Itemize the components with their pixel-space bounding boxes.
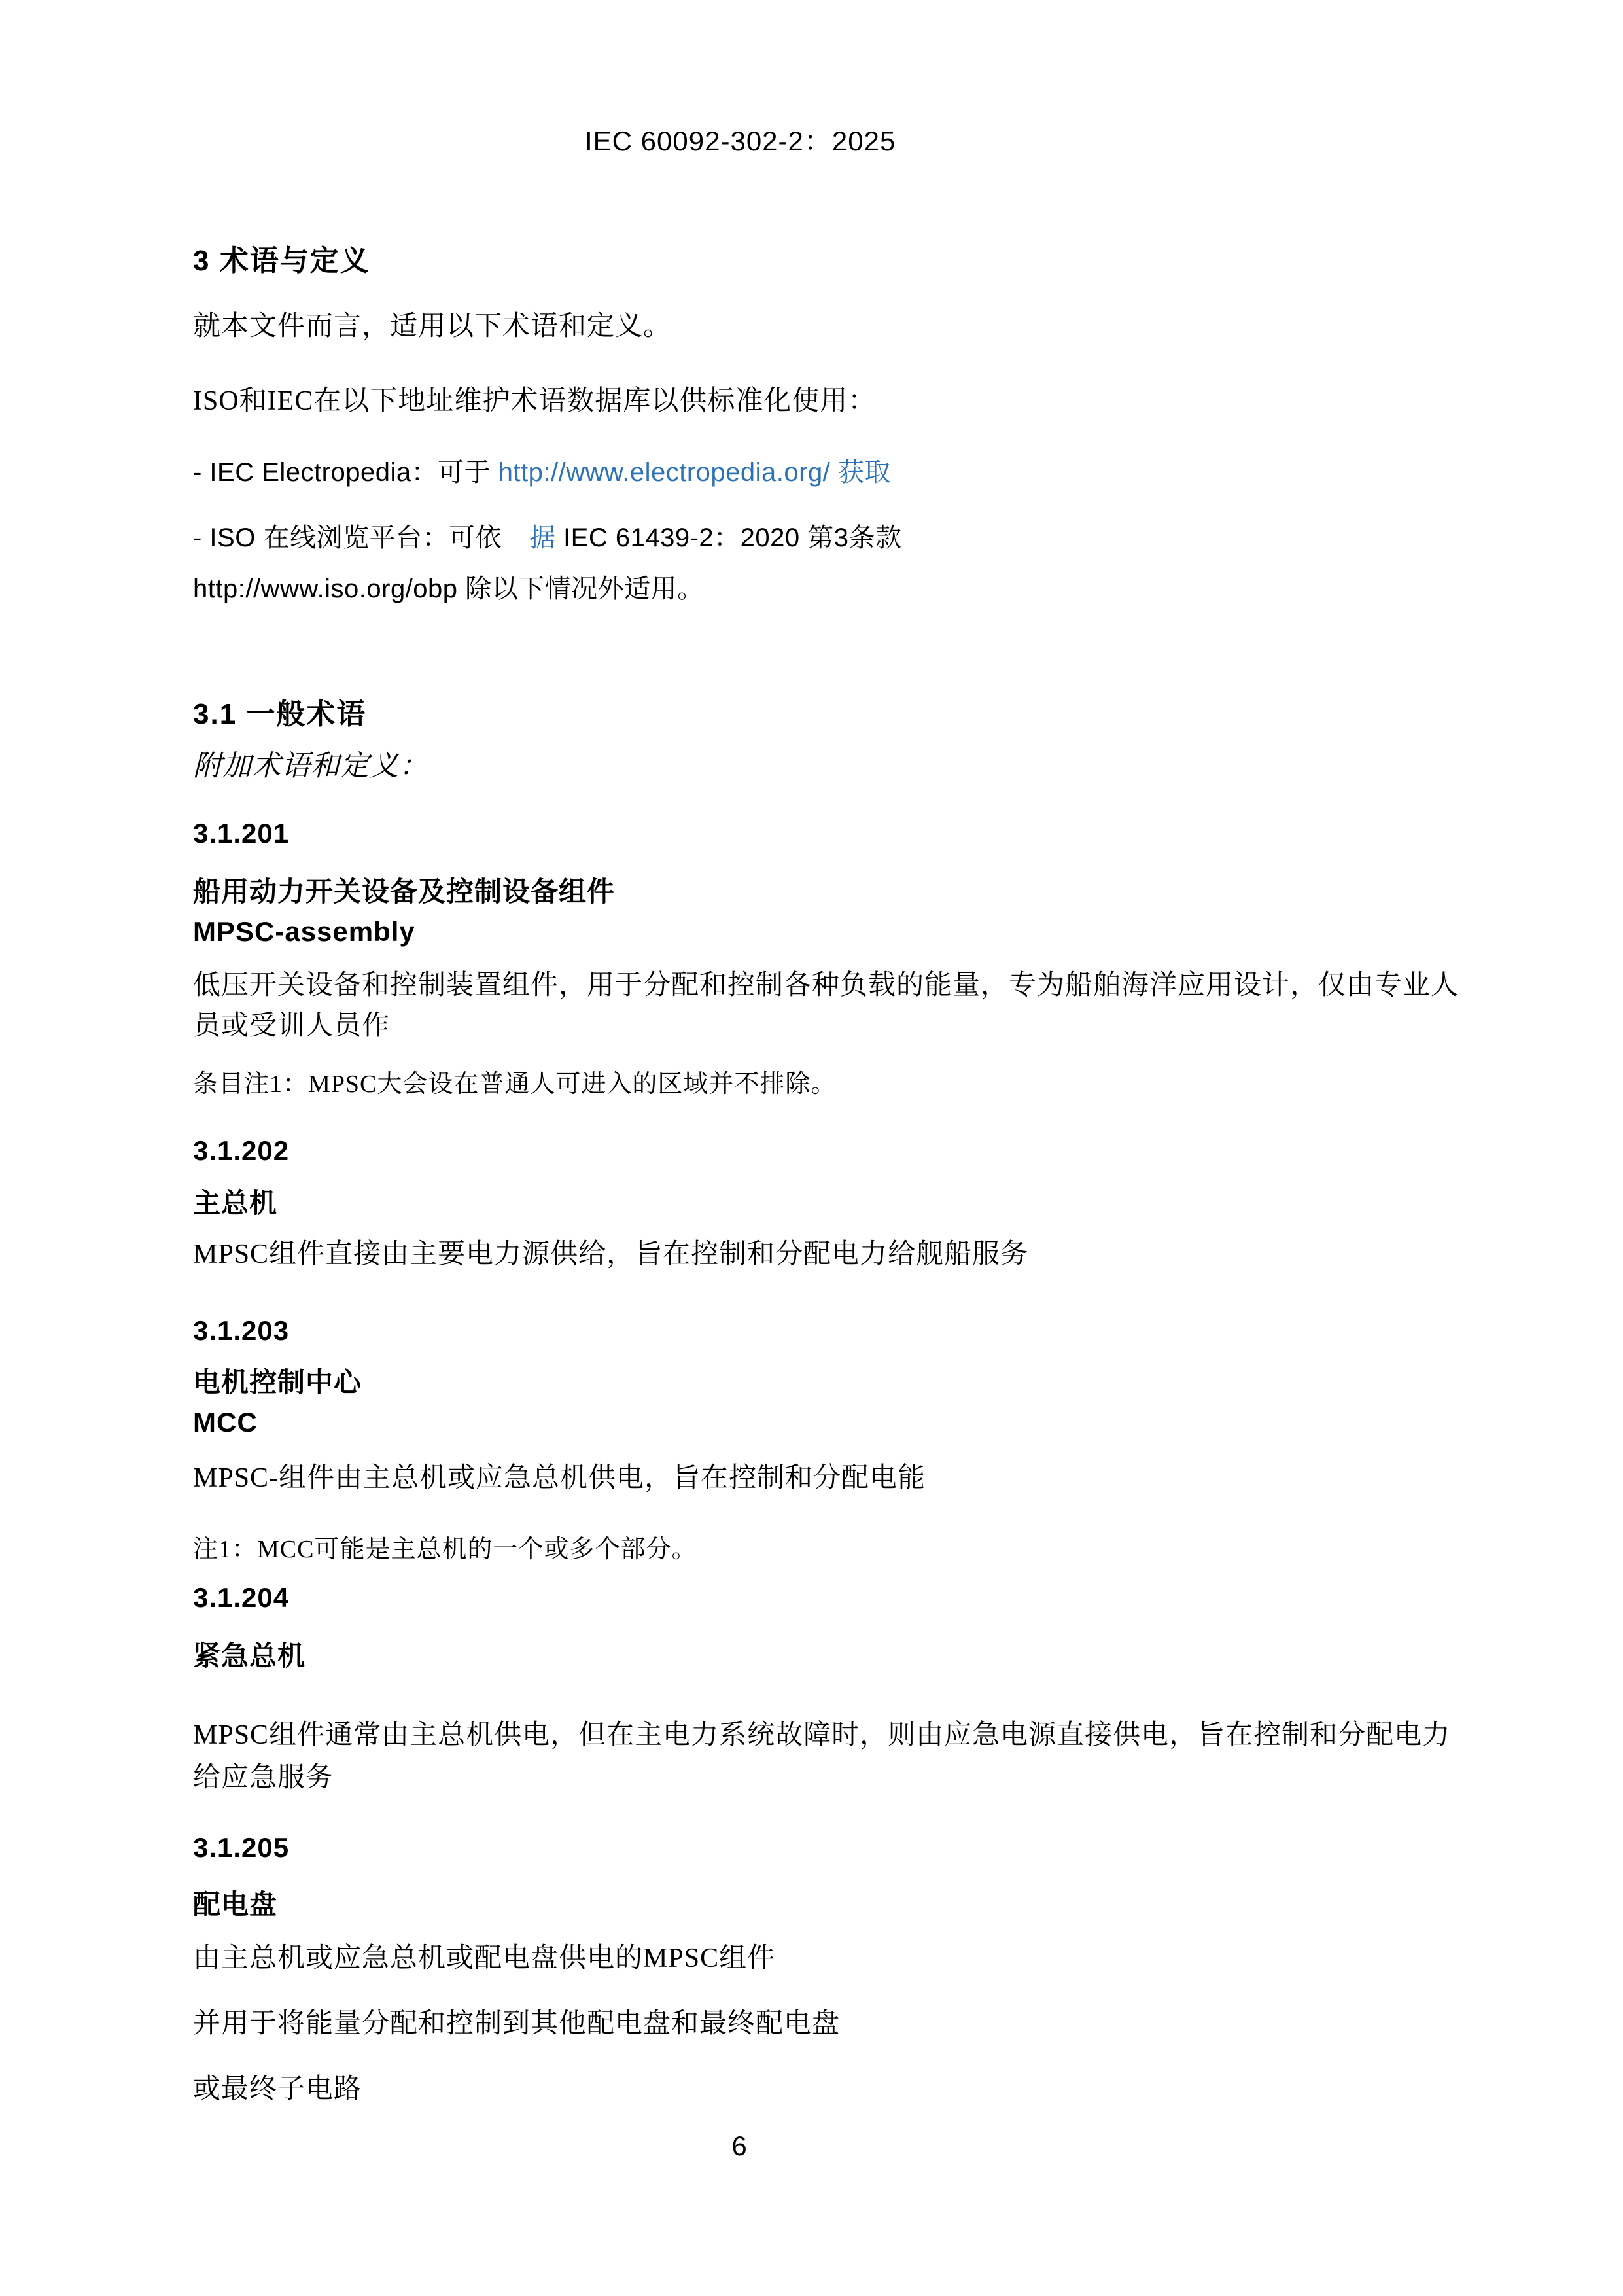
term-205-name-zh: 配电盘 [193,1883,277,1922]
electropedia-prefix: - IEC Electropedia：可于 [193,458,498,487]
document-page: IEC 60092-302-2：2025 3 术语与定义 就本文件而言，适用以下… [0,0,1623,2296]
term-201-name-zh: 船用动力开关设备及控制设备组件 [193,870,615,910]
term-203-name-en: MCC [193,1407,258,1438]
obp-url-line: http://www.iso.org/obp 除以下情况外适用。 [193,568,704,605]
term-201-note: 条目注1：MPSC大会设在普通人可进入的区域并不排除。 [193,1063,836,1099]
iso-obp-prefix: - ISO 在线浏览平台：可依 [193,523,502,552]
term-204-name-zh: 紧急总机 [193,1634,305,1674]
term-202-number: 3.1.202 [193,1135,289,1167]
iso-obp-suffix: IEC 61439-2：2020 第3条款 [555,523,901,552]
term-202-name-zh: 主总机 [193,1182,277,1221]
page-header: IEC 60092-302-2：2025 [585,120,896,159]
section-heading: 3 术语与定义 [193,237,370,279]
electropedia-link[interactable]: http://www.electropedia.org/ 获取 [498,458,891,487]
term-203-definition: MPSC-组件由主总机或应急总机供电，旨在控制和分配电能 [193,1458,926,1498]
page-number: 6 [720,2130,759,2162]
term-201-definition: 低压开关设备和控制装置组件，用于分配和控制各种负载的能量，专为船舶海洋应用设计，… [193,965,1469,1046]
term-201-number: 3.1.201 [193,818,289,849]
term-205-definition-line-2: 并用于将能量分配和控制到其他配电盘和最终配电盘 [193,2004,840,2044]
additional-terms-lead-in: 附加术语和定义： [193,746,428,786]
terminology-db-paragraph: ISO和IEC在以下地址维护术语数据库以供标准化使用： [193,381,876,421]
term-203-number: 3.1.203 [193,1315,289,1347]
term-204-number: 3.1.204 [193,1582,289,1614]
term-201-name-en: MPSC-assembly [193,916,415,947]
term-202-definition: MPSC组件直接由主要电力源供给，旨在控制和分配电力给舰船服务 [193,1234,1028,1275]
term-204-definition: MPSC组件通常由主总机供电，但在主电力系统故障时，则由应急电源直接供电，旨在控… [193,1714,1469,1799]
term-205-definition-line-3: 或最终子电路 [193,2069,362,2110]
electropedia-line: - IEC Electropedia：可于 http://www.electro… [193,451,891,489]
term-203-note: 注1：MCC可能是主总机的一个或多个部分。 [193,1528,697,1564]
iso-obp-link[interactable]: 据 [529,523,556,552]
term-205-definition-line-1: 由主总机或应急总机或配电盘供电的MPSC组件 [193,1938,775,1979]
subsection-heading: 3.1 一般术语 [193,690,366,732]
iso-obp-line: - ISO 在线浏览平台：可依据 IEC 61439-2：2020 第3条款 [193,517,902,554]
term-205-number: 3.1.205 [193,1832,289,1863]
term-203-name-zh: 电机控制中心 [193,1361,362,1400]
intro-paragraph: 就本文件而言，适用以下术语和定义。 [193,306,671,347]
